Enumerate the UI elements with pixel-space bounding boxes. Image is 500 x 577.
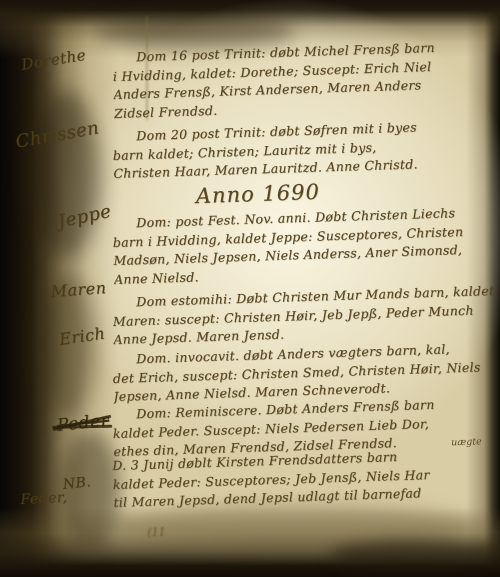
register-entry: Dom: post Fest. Nov. anni. Døbt Christen…	[112, 203, 498, 289]
margin-name: Maren	[50, 278, 107, 301]
interlinear-note: uægte	[451, 436, 482, 448]
margin-name: Feder,	[20, 490, 68, 508]
register-entry: Dom 16 post Trinit: døbt Michel Frensß b…	[112, 37, 498, 123]
manuscript-page: Dorethe Chrissen Jeppe Maren Erich Peder…	[0, 0, 500, 577]
footer-mark: (11	[147, 525, 166, 539]
